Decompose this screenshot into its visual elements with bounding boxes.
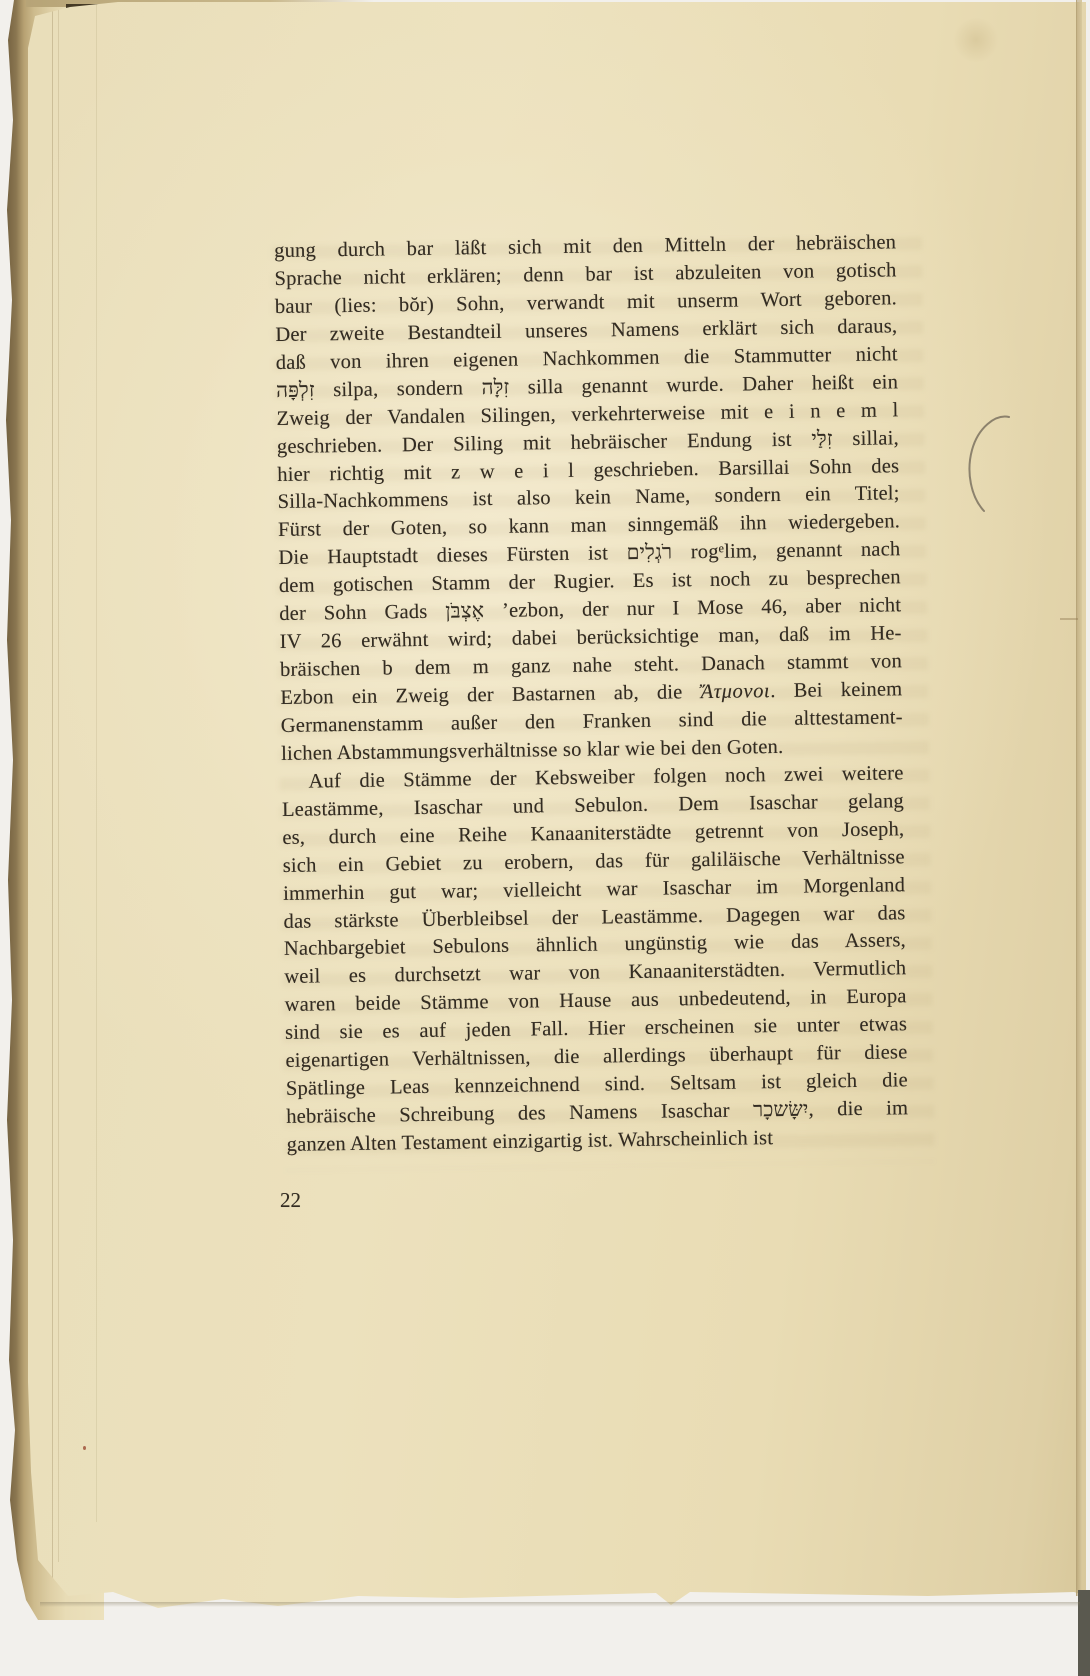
page-crease-line [52, 2, 53, 1592]
page-right-edge [1076, 0, 1082, 1596]
page-crease-line [58, 2, 59, 1562]
page-number: 22 [280, 1188, 301, 1213]
page-crease-line [96, 2, 97, 1522]
paper-stain [952, 18, 1000, 62]
page-bottom-shadow [40, 1602, 1080, 1607]
paper-speck [83, 1446, 86, 1450]
page-edge-notch [1060, 618, 1078, 620]
scanned-book-page: gung durch bar läßt sich mit den Mitteln… [0, 0, 1090, 1676]
body-text: gung durch bar läßt sich mit den Mitteln… [274, 229, 909, 1160]
pencil-margin-mark [962, 412, 1016, 516]
